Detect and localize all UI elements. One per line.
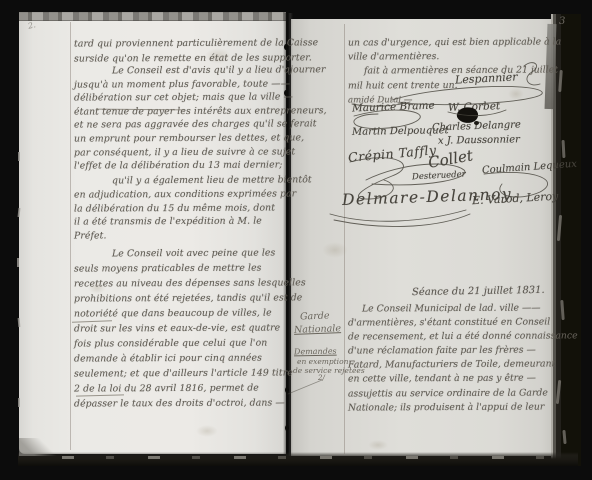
signature-flourish — [484, 172, 548, 197]
signature-flourish — [354, 110, 420, 128]
right-page-new-entry-paragraph: Le Conseil Municipal de lad. ville ——d'a… — [348, 302, 554, 415]
signature-flourish — [392, 86, 542, 104]
manuscript-register-scan: 2. 3 tard qui proviennent particulièreme… — [0, 0, 592, 480]
handwritten-line: assujettis au service ordinaire de la Ga… — [348, 386, 554, 401]
handwritten-line: en cette ville, tendant à ne pas y être … — [348, 372, 554, 387]
signature-flourish — [524, 63, 540, 85]
signature-flourish — [330, 210, 470, 227]
signature-flourish — [366, 164, 465, 185]
margin-note: Nationale — [294, 323, 341, 336]
margin-note: Garde — [300, 310, 330, 322]
signature-flourish — [350, 158, 403, 199]
handwritten-line: Le Conseil Municipal de lad. ville —— — [348, 301, 554, 316]
margin-note: Demandes — [294, 347, 337, 357]
margin-note-mark: 2/ — [318, 374, 325, 382]
handwritten-line: Nationale; ils produisent à l'appui de l… — [348, 400, 554, 415]
signature-flourish — [448, 110, 506, 116]
session-heading: Séance du 21 juillet 1831. — [412, 285, 545, 298]
signature-flourish — [352, 102, 410, 106]
handwritten-line: de recensement, et lui a été donné conna… — [348, 330, 554, 345]
margin-note: en exemption — [297, 357, 348, 366]
margin-note-pointer-line — [288, 380, 322, 394]
handwritten-line: d'armentières, s'étant constitué en Cons… — [348, 316, 554, 331]
